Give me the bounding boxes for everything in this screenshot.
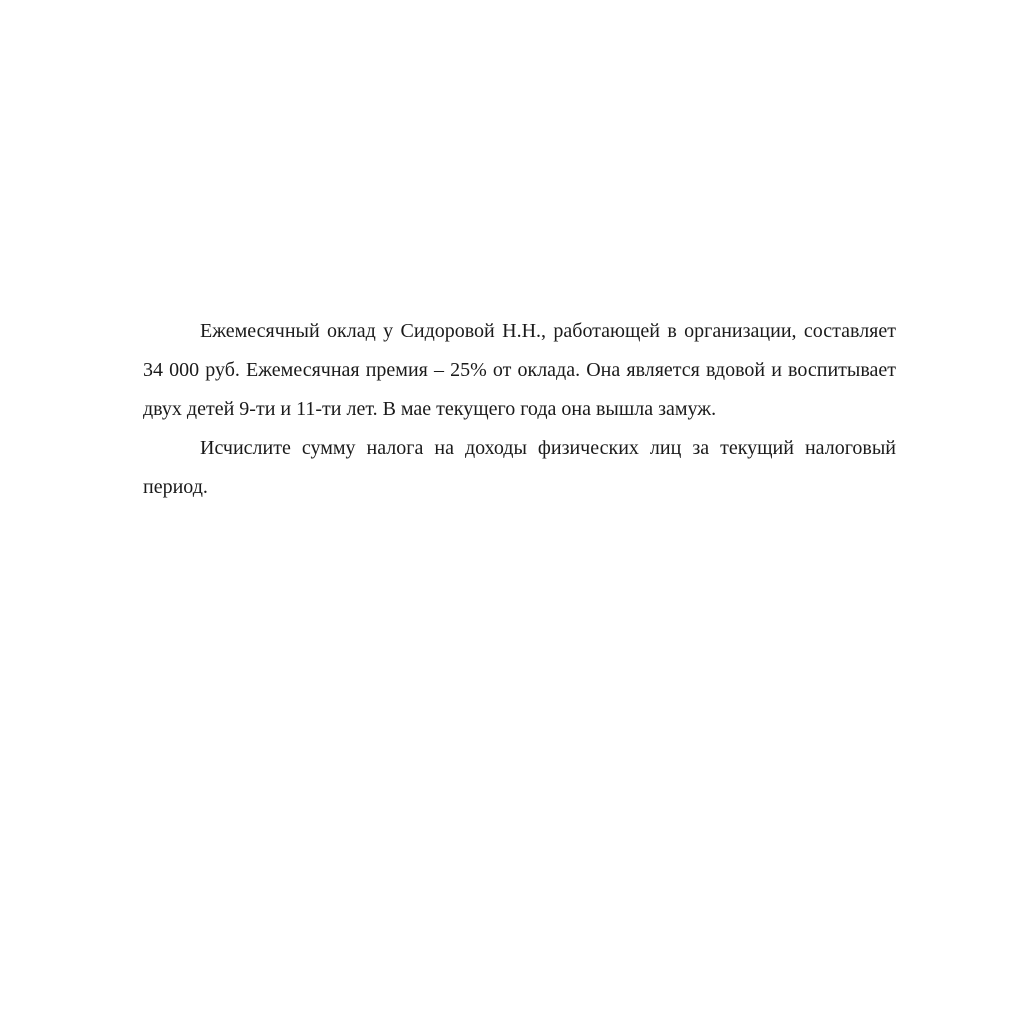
problem-statement-paragraph: Ежемесячный оклад у Сидоровой Н.Н., рабо… xyxy=(143,312,896,429)
document-page: Ежемесячный оклад у Сидоровой Н.Н., рабо… xyxy=(143,312,896,507)
task-paragraph: Исчислите сумму налога на доходы физичес… xyxy=(143,429,896,507)
